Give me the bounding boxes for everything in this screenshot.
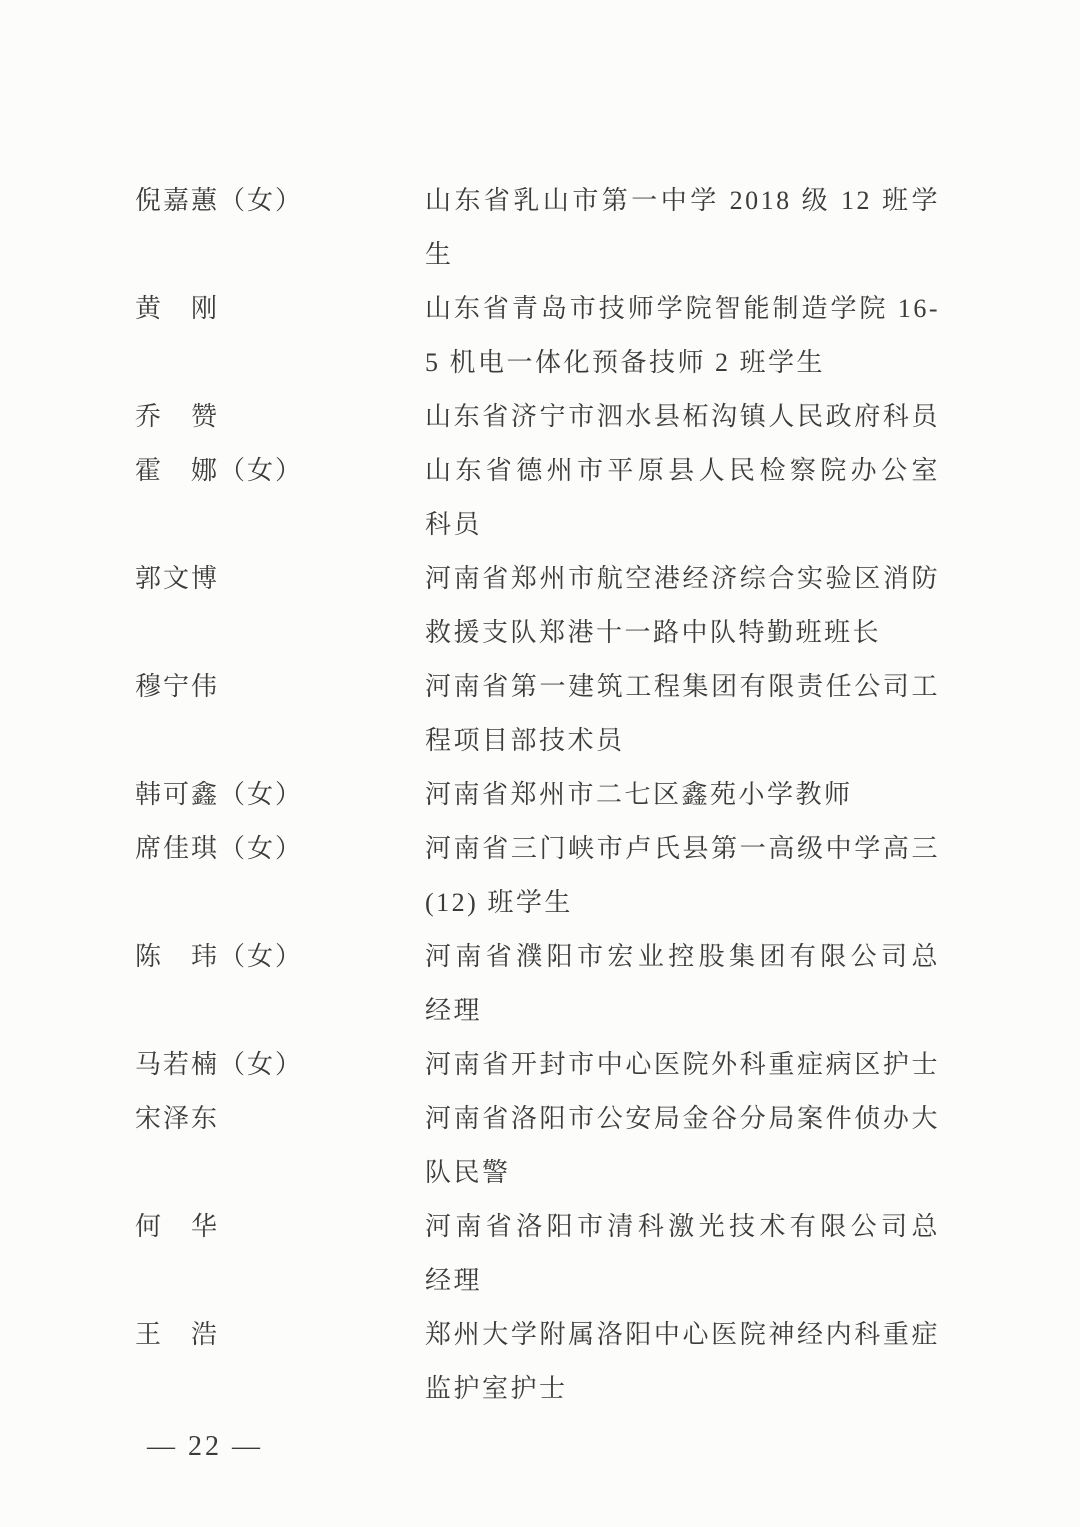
position-description-line: 河南省洛阳市清科激光技术有限公司总 (425, 1200, 940, 1254)
position-description: 山东省济宁市泗水县柘沟镇人民政府科员 (425, 390, 940, 444)
recipient-entry: 倪嘉蕙（女） 山东省乳山市第一中学 2018 级 12 班学生 (135, 174, 1080, 282)
position-description-line: 经理 (425, 984, 940, 1038)
page-number: — 22 — (147, 1426, 1080, 1468)
recipient-entry: 郭文博 河南省郑州市航空港经济综合实验区消防 救援支队郑港十一路中队特勤班班长 (135, 552, 1080, 660)
position-description: 河南省三门峡市卢氏县第一高级中学高三 (12) 班学生 (425, 822, 940, 930)
position-description: 河南省开封市中心医院外科重症病区护士 (425, 1038, 940, 1092)
position-description: 山东省青岛市技师学院智能制造学院 16- 5 机电一体化预备技师 2 班学生 (425, 282, 940, 390)
position-description-line: 经理 (425, 1254, 940, 1308)
position-description-line: 山东省青岛市技师学院智能制造学院 16- (425, 282, 940, 336)
position-description-line: 山东省济宁市泗水县柘沟镇人民政府科员 (425, 390, 940, 444)
position-description-line: 监护室护士 (425, 1362, 940, 1416)
document-page: 倪嘉蕙（女） 山东省乳山市第一中学 2018 级 12 班学生 黄 刚 山东省青… (0, 0, 1080, 1527)
position-description-line: 科员 (425, 498, 940, 552)
recipient-entry: 何 华 河南省洛阳市清科激光技术有限公司总 经理 (135, 1200, 1080, 1308)
position-description-line: 山东省乳山市第一中学 2018 级 12 班学生 (425, 174, 940, 282)
recipient-entry: 霍 娜（女） 山东省德州市平原县人民检察院办公室 科员 (135, 444, 1080, 552)
position-description: 河南省郑州市航空港经济综合实验区消防 救援支队郑港十一路中队特勤班班长 (425, 552, 940, 660)
position-description: 河南省郑州市二七区鑫苑小学教师 (425, 768, 940, 822)
recipient-name: 乔 赞 (135, 390, 425, 444)
recipient-entry: 韩可鑫（女） 河南省郑州市二七区鑫苑小学教师 (135, 768, 1080, 822)
recipient-name: 宋泽东 (135, 1092, 425, 1146)
recipient-name: 黄 刚 (135, 282, 425, 336)
recipient-entry: 席佳琪（女） 河南省三门峡市卢氏县第一高级中学高三 (12) 班学生 (135, 822, 1080, 930)
position-description-line: 河南省开封市中心医院外科重症病区护士 (425, 1038, 940, 1092)
position-description: 河南省洛阳市清科激光技术有限公司总 经理 (425, 1200, 940, 1308)
recipient-list: 倪嘉蕙（女） 山东省乳山市第一中学 2018 级 12 班学生 黄 刚 山东省青… (135, 174, 1080, 1416)
position-description: 山东省德州市平原县人民检察院办公室 科员 (425, 444, 940, 552)
recipient-name: 陈 玮（女） (135, 930, 425, 984)
position-description: 河南省洛阳市公安局金谷分局案件侦办大 队民警 (425, 1092, 940, 1200)
recipient-entry: 乔 赞 山东省济宁市泗水县柘沟镇人民政府科员 (135, 390, 1080, 444)
position-description-line: 队民警 (425, 1146, 940, 1200)
recipient-entry: 王 浩 郑州大学附属洛阳中心医院神经内科重症 监护室护士 (135, 1308, 1080, 1416)
position-description: 河南省第一建筑工程集团有限责任公司工 程项目部技术员 (425, 660, 940, 768)
position-description-line: 山东省德州市平原县人民检察院办公室 (425, 444, 940, 498)
recipient-name: 王 浩 (135, 1308, 425, 1362)
position-description-line: 河南省濮阳市宏业控股集团有限公司总 (425, 930, 940, 984)
recipient-name: 倪嘉蕙（女） (135, 174, 425, 228)
recipient-name: 韩可鑫（女） (135, 768, 425, 822)
recipient-entry: 黄 刚 山东省青岛市技师学院智能制造学院 16- 5 机电一体化预备技师 2 班… (135, 282, 1080, 390)
recipient-entry: 穆宁伟 河南省第一建筑工程集团有限责任公司工 程项目部技术员 (135, 660, 1080, 768)
recipient-name: 郭文博 (135, 552, 425, 606)
position-description: 山东省乳山市第一中学 2018 级 12 班学生 (425, 174, 940, 282)
position-description-line: 救援支队郑港十一路中队特勤班班长 (425, 606, 940, 660)
position-description-line: (12) 班学生 (425, 876, 940, 930)
recipient-name: 席佳琪（女） (135, 822, 425, 876)
recipient-name: 何 华 (135, 1200, 425, 1254)
position-description-line: 河南省三门峡市卢氏县第一高级中学高三 (425, 822, 940, 876)
position-description-line: 5 机电一体化预备技师 2 班学生 (425, 336, 940, 390)
position-description-line: 郑州大学附属洛阳中心医院神经内科重症 (425, 1308, 940, 1362)
recipient-name: 穆宁伟 (135, 660, 425, 714)
position-description: 河南省濮阳市宏业控股集团有限公司总 经理 (425, 930, 940, 1038)
recipient-name: 马若楠（女） (135, 1038, 425, 1092)
recipient-entry: 宋泽东 河南省洛阳市公安局金谷分局案件侦办大 队民警 (135, 1092, 1080, 1200)
recipient-name: 霍 娜（女） (135, 444, 425, 498)
position-description-line: 河南省郑州市二七区鑫苑小学教师 (425, 768, 940, 822)
recipient-entry: 陈 玮（女） 河南省濮阳市宏业控股集团有限公司总 经理 (135, 930, 1080, 1038)
position-description-line: 程项目部技术员 (425, 714, 940, 768)
position-description-line: 河南省洛阳市公安局金谷分局案件侦办大 (425, 1092, 940, 1146)
position-description-line: 河南省郑州市航空港经济综合实验区消防 (425, 552, 940, 606)
position-description-line: 河南省第一建筑工程集团有限责任公司工 (425, 660, 940, 714)
recipient-entry: 马若楠（女） 河南省开封市中心医院外科重症病区护士 (135, 1038, 1080, 1092)
position-description: 郑州大学附属洛阳中心医院神经内科重症 监护室护士 (425, 1308, 940, 1416)
